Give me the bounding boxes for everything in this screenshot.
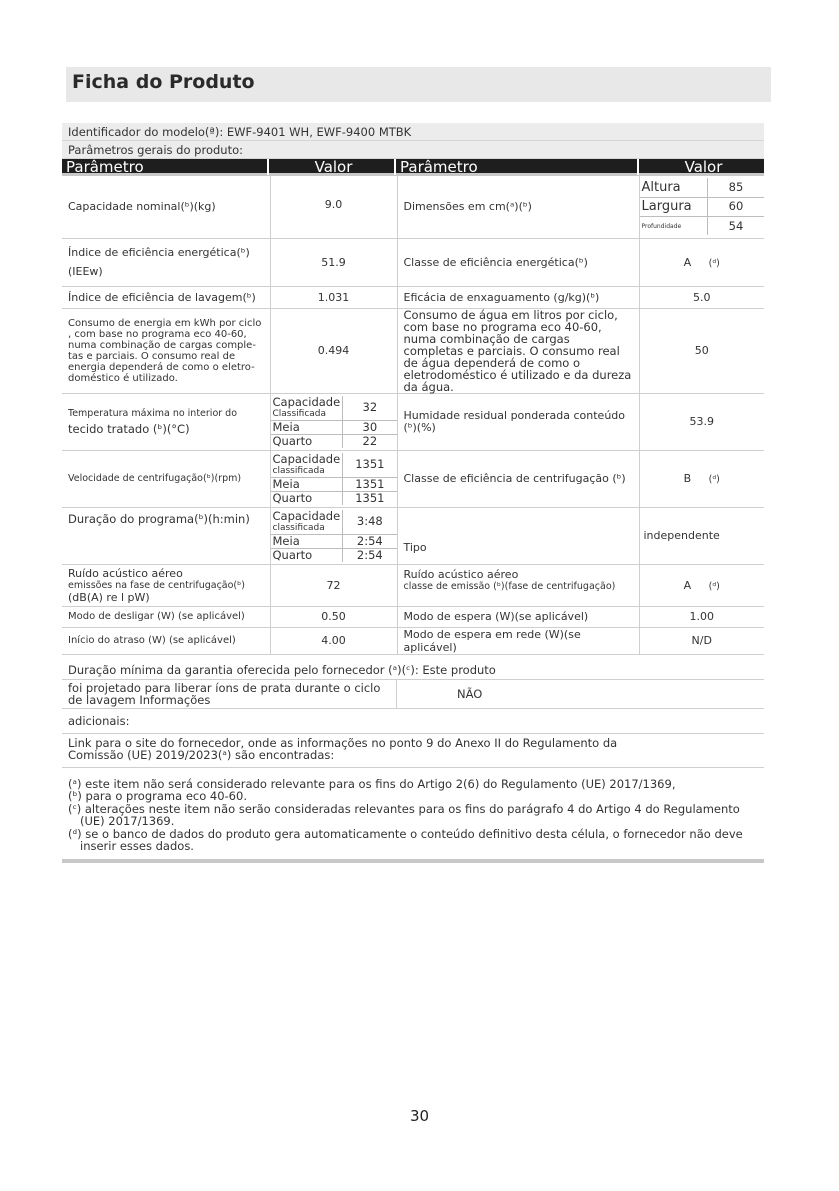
table-row: Temperatura máxima no interior do tecido…	[62, 393, 764, 450]
load-key: Meia	[271, 477, 343, 491]
eei-label-line2: (IEEw)	[68, 265, 264, 278]
water-consumption-label: Consumo de água em litros por ciclo, com…	[397, 308, 639, 393]
noise-class-label: Ruído acústico aéreo classe de emissão (…	[397, 564, 639, 606]
eei-label: Índice de eficiência energética(ᵇ) (IEEw…	[62, 238, 270, 286]
dimension-key: Altura	[640, 178, 708, 197]
energy-class-letter: A	[684, 256, 692, 269]
dimension-value: 85	[708, 178, 765, 197]
table-row: Duração do programa(ᵇ)(h:min) Capacidade…	[62, 507, 764, 564]
header-value-2: Valor	[639, 159, 764, 175]
water-consumption-value: 50	[639, 308, 764, 393]
spin-speed-value: 1351	[343, 453, 397, 478]
noise-class-label-line2: classe de emissão (ᵇ)(fase de centrifuga…	[404, 581, 633, 592]
capacity-label: Capacidade nominal(ᵇ)(kg)	[62, 176, 270, 238]
load-key: Meia	[271, 420, 343, 434]
footnote: (ᵇ) para o programa eco 40-60.	[68, 790, 758, 803]
noise-class-label-line1: Ruído acústico aéreo	[404, 568, 633, 581]
spin-speed-label: Velocidade de centrifugação(ᵇ)(rpm)	[62, 450, 270, 507]
noise-label-line2: emissões na fase de centrifugação(ᵇ)	[68, 580, 264, 591]
noise-class-value: A (ᵈ)	[639, 564, 764, 606]
dimension-key: Largura	[640, 197, 708, 216]
noise-class-note: (ᵈ)	[709, 581, 720, 592]
load-key: Capacidadeclassificada	[271, 453, 343, 478]
delay-start-label: Início do atraso (W) (se aplicável)	[62, 627, 270, 654]
capacity-value: 9.0	[270, 176, 397, 238]
noise-label: Ruído acústico aéreo emissões na fase de…	[62, 564, 270, 606]
noise-label-line3: (dB(A) re l pW)	[68, 591, 264, 604]
max-temp-label: Temperatura máxima no interior do tecido…	[62, 393, 270, 450]
max-temp-value: 32	[343, 396, 397, 421]
dimensions-label: Dimensões em cm(ᵃ)(ᵇ)	[397, 176, 639, 238]
type-value: independente	[639, 507, 764, 564]
silver-ions-row: foi projetado para liberar íons de prata…	[62, 680, 764, 709]
noise-value: 72	[270, 564, 397, 606]
footnote: (ᶜ) alterações neste item não serão cons…	[68, 803, 758, 828]
spin-speed-value: 1351	[343, 491, 397, 505]
footnotes: (ᵃ) este item não será considerado relev…	[62, 768, 764, 863]
energy-class-value: A (ᵈ)	[639, 238, 764, 286]
max-temp-label-line1: Temperatura máxima no interior do	[68, 408, 264, 419]
load-key: Capacidadeclassificada	[271, 510, 343, 535]
eei-value: 51.9	[270, 238, 397, 286]
duration-value: 2:54	[343, 534, 397, 548]
networked-standby-value: N/D	[639, 627, 764, 654]
page-title: Ficha do Produto	[66, 67, 771, 102]
load-key: Meia	[271, 534, 343, 548]
off-mode-label: Modo de desligar (W) (se aplicável)	[62, 606, 270, 627]
table-row: Índice de eficiência de lavagem(ᵇ) 1.031…	[62, 286, 764, 308]
table-row: Ruído acústico aéreo emissões na fase de…	[62, 564, 764, 606]
load-key: Quarto	[271, 491, 343, 505]
delay-start-value: 4.00	[270, 627, 397, 654]
rinse-value: 5.0	[639, 286, 764, 308]
table-row: Índice de eficiência energética(ᵇ) (IEEw…	[62, 238, 764, 286]
eei-label-line1: Índice de eficiência energética(ᵇ)	[68, 246, 264, 259]
parameters-table: Capacidade nominal(ᵇ)(kg) 9.0 Dimensões …	[62, 176, 764, 655]
standby-value: 1.00	[639, 606, 764, 627]
silver-ions-label: foi projetado para liberar íons de prata…	[62, 680, 396, 708]
table-row: Modo de desligar (W) (se aplicável) 0.50…	[62, 606, 764, 627]
header-parameter-2: Parâmetro	[396, 159, 639, 175]
model-identifier: Identificador do modelo(ª): EWF-9401 WH,…	[62, 123, 764, 141]
general-parameters-label: Parâmetros gerais do produto:	[62, 141, 764, 159]
load-key: CapacidadeClassificada	[271, 396, 343, 421]
networked-standby-label: Modo de espera em rede (W)(se aplicável)	[397, 627, 639, 654]
wash-index-label: Índice de eficiência de lavagem(ᵇ)	[62, 286, 270, 308]
spin-speed-values: Capacidadeclassificada1351 Meia1351 Quar…	[270, 450, 397, 507]
footnote: (ᵈ) se o banco de dados do produto gera …	[68, 828, 758, 853]
product-sheet: Identificador do modelo(ª): EWF-9401 WH,…	[62, 123, 764, 863]
spin-class-note: (ᵈ)	[709, 474, 720, 485]
type-label: Tipo	[397, 507, 639, 564]
header-value-1: Valor	[269, 159, 396, 175]
duration-value: 3:48	[343, 510, 397, 535]
rinse-label: Eficácia de enxaguamento (g/kg)(ᵇ)	[397, 286, 639, 308]
duration-value: 2:54	[343, 548, 397, 562]
humidity-label: Humidade residual ponderada conteúdo (ᵇ)…	[397, 393, 639, 450]
max-temp-values: CapacidadeClassificada32 Meia30 Quarto22	[270, 393, 397, 450]
supplier-link-text: Link para o site do fornecedor, onde as …	[62, 734, 682, 764]
table-header: Parâmetro Valor Parâmetro Valor	[62, 159, 764, 176]
additional-label: adicionais:	[62, 709, 764, 734]
spin-class-label: Classe de eficiência de centrifugação (ᵇ…	[397, 450, 639, 507]
spin-speed-value: 1351	[343, 477, 397, 491]
additional-info: Duração mínima da garantia oferecida pel…	[62, 655, 764, 768]
noise-class-letter: A	[684, 579, 692, 592]
dimension-value: 54	[708, 216, 765, 235]
header-parameter-1: Parâmetro	[62, 159, 269, 175]
dimensions-values: Altura85 Largura60 Profundidade54	[639, 176, 764, 238]
noise-label-line1: Ruído acústico aéreo	[68, 567, 264, 580]
duration-label: Duração do programa(ᵇ)(h:min)	[62, 507, 270, 564]
standby-label: Modo de espera (W)(se aplicável)	[397, 606, 639, 627]
wash-index-value: 1.031	[270, 286, 397, 308]
max-temp-value: 30	[343, 420, 397, 434]
spin-class-letter: B	[684, 472, 692, 485]
max-temp-value: 22	[343, 434, 397, 448]
table-row: Capacidade nominal(ᵇ)(kg) 9.0 Dimensões …	[62, 176, 764, 238]
silver-ions-value: NÃO	[396, 680, 764, 708]
max-temp-label-line2: tecido tratado (ᵇ)(°C)	[68, 422, 264, 436]
duration-values: Capacidadeclassificada3:48 Meia2:54 Quar…	[270, 507, 397, 564]
load-key: Quarto	[271, 434, 343, 448]
load-key: Quarto	[271, 548, 343, 562]
warranty-text: Duração mínima da garantia oferecida pel…	[62, 655, 764, 680]
spin-class-value: B (ᵈ)	[639, 450, 764, 507]
table-row: Início do atraso (W) (se aplicável) 4.00…	[62, 627, 764, 654]
off-mode-value: 0.50	[270, 606, 397, 627]
dimension-value: 60	[708, 197, 765, 216]
dimension-key: Profundidade	[640, 216, 708, 235]
table-row: Velocidade de centrifugação(ᵇ)(rpm) Capa…	[62, 450, 764, 507]
page-number: 30	[0, 1107, 839, 1125]
energy-consumption-label: Consumo de energia em kWh por ciclo , co…	[62, 308, 270, 393]
energy-class-note: (ᵈ)	[709, 258, 720, 269]
humidity-value: 53.9	[639, 393, 764, 450]
table-row: Consumo de energia em kWh por ciclo , co…	[62, 308, 764, 393]
energy-consumption-value: 0.494	[270, 308, 397, 393]
energy-class-label: Classe de eficiência energética(ᵇ)	[397, 238, 639, 286]
